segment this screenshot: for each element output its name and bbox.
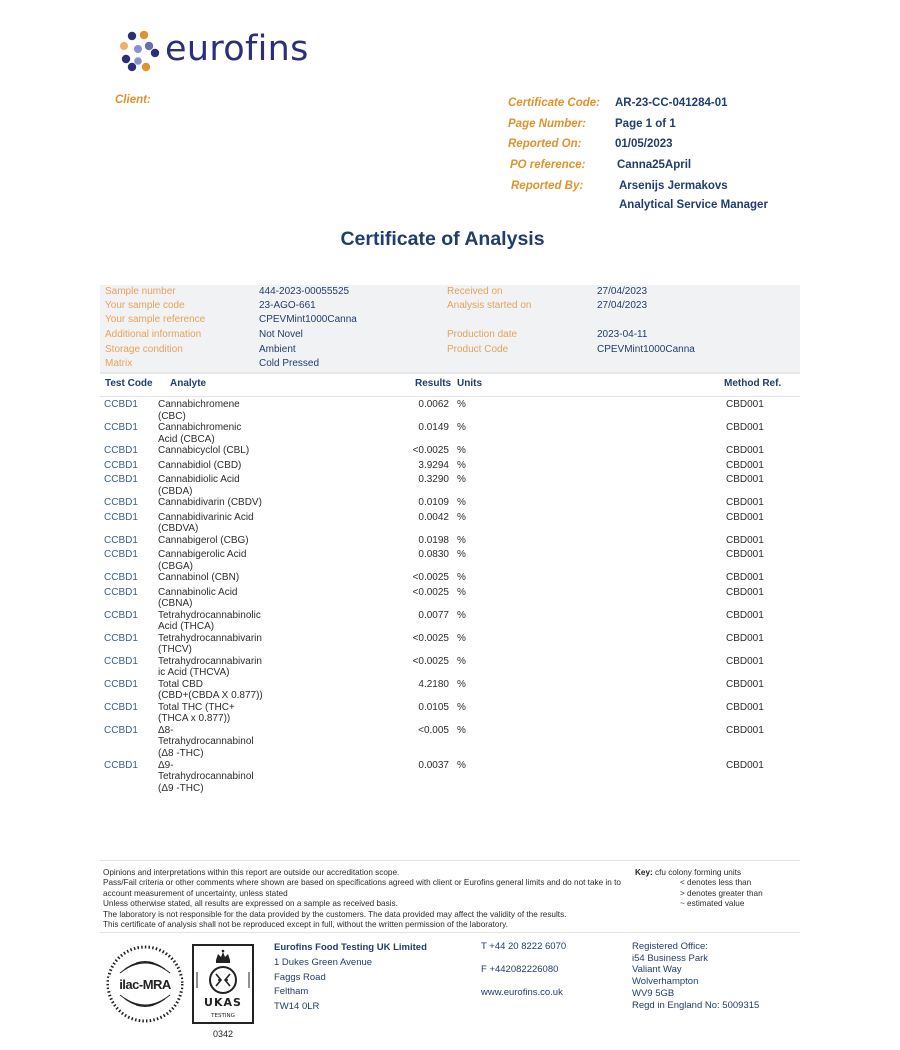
disclaimer-line: The laboratory is not responsible for th…: [103, 910, 628, 920]
ukas-crown-icon: UKAS TESTING: [194, 946, 252, 1022]
analyte-line: (CBC): [158, 411, 276, 423]
sample-info-label: Product Code: [447, 344, 508, 356]
po-reference: Canna25April: [615, 159, 691, 171]
analyte-name: Δ9-Tetrahydrocannabinol(Δ9 -THC): [158, 760, 276, 795]
sample-info-value: CPEVMint1000Canna: [597, 344, 695, 356]
table-row: CCBD1Cannabichromene(CBC)0.0062%CBD001: [100, 399, 800, 422]
table-row: CCBD1Δ9-Tetrahydrocannabinol(Δ9 -THC)0.0…: [100, 760, 800, 795]
result-value: 0.0077: [350, 610, 449, 622]
key-legend: Key: cfu colony forming units < denotes …: [635, 868, 763, 910]
table-row: CCBD1CannabichromenicAcid (CBCA)0.0149%C…: [100, 422, 800, 445]
analyte-name: Cannabigerolic Acid(CBGA): [158, 549, 276, 572]
test-code: CCBD1: [104, 587, 138, 599]
analyte-name: Cannabidiolic Acid(CBDA): [158, 474, 276, 497]
registered-office: Registered Office:i54 Business ParkValia…: [632, 941, 759, 1011]
test-code: CCBD1: [104, 549, 138, 561]
column-header-analyte: Analyte: [170, 378, 206, 389]
table-row: CCBD1TetrahydrocannabinolicAcid (THCA)0.…: [100, 610, 800, 633]
result-unit: %: [457, 702, 466, 714]
result-unit: %: [457, 512, 466, 524]
result-unit: %: [457, 656, 466, 668]
result-unit: %: [457, 610, 466, 622]
analyte-line: Cannabinolic Acid: [158, 587, 276, 599]
result-value: <0.0025: [350, 587, 449, 599]
analyte-line: ic Acid (THCVA): [158, 667, 276, 679]
result-value: 0.3290: [350, 474, 449, 486]
analyte-name: Total THC (THC+(THCA x 0.877)): [158, 702, 276, 725]
ilac-mra-icon: ilac-MRA: [106, 945, 184, 1023]
analyte-line: (CBGA): [158, 561, 276, 573]
analyte-line: (CBDA): [158, 486, 276, 498]
result-value: <0.0025: [350, 656, 449, 668]
reporter-title: Analytical Service Manager: [508, 199, 768, 211]
disclaimer-line: Unless otherwise stated, all results are…: [103, 899, 628, 909]
result-value: 0.0037: [350, 760, 449, 772]
analyte-line: Tetrahydrocannabinolic: [158, 610, 276, 622]
svg-text:ilac-MRA: ilac-MRA: [119, 977, 172, 992]
registered-office-line: Valiant Way: [632, 964, 759, 976]
analyte-name: Cannabinolic Acid(CBNA): [158, 587, 276, 610]
footer-divider: [100, 860, 800, 861]
page-title: Certificate of Analysis: [0, 228, 885, 251]
certificate-header: Certificate Code: AR-23-CC-041284-01 Pag…: [508, 93, 808, 213]
table-row: CCBD1Cannabidiol (CBD)3.9294%CBD001: [100, 460, 800, 475]
result-unit: %: [457, 474, 466, 486]
eurofins-dots-logo-icon: [118, 30, 160, 72]
result-value: 0.0149: [350, 422, 449, 434]
result-value: <0.0025: [350, 445, 449, 457]
field-label: Page Number:: [508, 118, 615, 130]
analyte-name: Tetrahydrocannabivarinic Acid (THCVA): [158, 656, 276, 679]
analyte-name: Cannabidivarin (CBDV): [158, 497, 276, 509]
result-unit: %: [457, 399, 466, 411]
table-row: CCBD1Cannabigerolic Acid(CBGA)0.0830%CBD…: [100, 549, 800, 572]
analyte-line: Cannabinol (CBN): [158, 572, 276, 584]
method-ref: CBD001: [726, 760, 764, 772]
result-value: <0.0025: [350, 633, 449, 645]
method-ref: CBD001: [726, 549, 764, 561]
analyte-line: Tetrahydrocannabivarin: [158, 633, 276, 645]
footer-divider: [100, 932, 800, 933]
registered-office-line: Regd in England No: 5009315: [632, 1000, 759, 1012]
sample-info-label: Sample number: [105, 286, 176, 298]
analyte-line: (CBDVA): [158, 523, 276, 535]
analyte-name: Cannabidivarinic Acid(CBDVA): [158, 512, 276, 535]
address-line: 1 Dukes Green Avenue: [274, 956, 427, 971]
result-value: 0.0830: [350, 549, 449, 561]
key-item: cfu colony forming units: [655, 868, 741, 877]
result-value: 4.2180: [350, 679, 449, 691]
analyte-line: Cannabichromene: [158, 399, 276, 411]
disclaimer-line: Pass/Fail criteria or other comments whe…: [103, 878, 628, 899]
certificate-code-row: Certificate Code: AR-23-CC-041284-01: [508, 93, 808, 114]
svg-text:UKAS: UKAS: [204, 996, 242, 1009]
analyte-line: Tetrahydrocannabivarin: [158, 656, 276, 668]
sample-info-label: Analysis started on: [447, 300, 532, 312]
sample-info-value: 27/04/2023: [597, 300, 647, 312]
analyte-name: Cannabinol (CBN): [158, 572, 276, 584]
table-row: CCBD1Cannabicyclol (CBL)<0.0025%CBD001: [100, 445, 800, 460]
test-code: CCBD1: [104, 422, 138, 434]
result-value: 0.0198: [350, 535, 449, 547]
result-value: 0.0105: [350, 702, 449, 714]
reporter-title-row: Analytical Service Manager: [508, 197, 808, 213]
sample-info-value: Not Novel: [259, 329, 303, 341]
results-table-body: CCBD1Cannabichromene(CBC)0.0062%CBD001CC…: [100, 399, 800, 795]
result-unit: %: [457, 725, 466, 737]
svg-text:TESTING: TESTING: [210, 1013, 235, 1019]
test-code: CCBD1: [104, 702, 138, 714]
analyte-name: TetrahydrocannabinolicAcid (THCA): [158, 610, 276, 633]
sample-info-value: 2023-04-11: [597, 329, 647, 341]
analyte-line: Δ9-: [158, 760, 276, 772]
key-item: < denotes less than: [680, 878, 763, 888]
result-value: 3.9294: [350, 460, 449, 472]
table-row: CCBD1Cannabinolic Acid(CBNA)<0.0025%CBD0…: [100, 587, 800, 610]
method-ref: CBD001: [726, 512, 764, 524]
address-line: Feltham: [274, 985, 427, 1000]
analyte-name: Cannabichromene(CBC): [158, 399, 276, 422]
result-unit: %: [457, 549, 466, 561]
analyte-name: Cannabicyclol (CBL): [158, 445, 276, 457]
result-value: 0.0042: [350, 512, 449, 524]
field-label: Reported On:: [508, 138, 615, 150]
method-ref: CBD001: [726, 474, 764, 486]
analyte-line: Cannabigerol (CBG): [158, 535, 276, 547]
column-header-test-code: Test Code: [105, 378, 153, 389]
sample-info-label: Your sample reference: [105, 314, 205, 326]
page-number-row: Page Number: Page 1 of 1: [508, 114, 808, 135]
result-unit: %: [457, 535, 466, 547]
registered-office-line: Registered Office:: [632, 941, 759, 953]
column-header-units: Units: [457, 378, 482, 389]
analyte-line: Tetrahydrocannabinol: [158, 736, 276, 748]
registered-office-line: Wolverhampton: [632, 976, 759, 988]
ilac-mra-logo: ilac-MRA: [106, 945, 184, 1023]
registered-office-line: WV9 5GB: [632, 988, 759, 1000]
result-value: 0.0109: [350, 497, 449, 509]
result-value: <0.0025: [350, 572, 449, 584]
sample-info-label: Matrix: [105, 358, 132, 370]
sample-info-label: Production date: [447, 329, 517, 341]
method-ref: CBD001: [726, 679, 764, 691]
table-row: CCBD1Cannabidivarinic Acid(CBDVA)0.0042%…: [100, 512, 800, 535]
analyte-line: Cannabicyclol (CBL): [158, 445, 276, 457]
analyte-line: Cannabidiolic Acid: [158, 474, 276, 486]
analyte-line: (CBD+(CBDA X 0.877)): [158, 690, 276, 702]
method-ref: CBD001: [726, 422, 764, 434]
test-code: CCBD1: [104, 399, 138, 411]
column-header-results: Results: [415, 378, 451, 389]
results-table-header: Test Code Analyte Results Units Method R…: [100, 376, 800, 397]
result-unit: %: [457, 587, 466, 599]
reporter-name: Arsenijs Jermakovs: [615, 180, 728, 192]
table-row: CCBD1Cannabidiolic Acid(CBDA)0.3290%CBD0…: [100, 474, 800, 497]
test-code: CCBD1: [104, 656, 138, 668]
sample-info-label: Your sample code: [105, 300, 185, 312]
disclaimer-line: This certificate of analysis shall not b…: [103, 920, 628, 930]
company-address: Eurofins Food Testing UK Limited 1 Dukes…: [274, 941, 427, 1015]
test-code: CCBD1: [104, 512, 138, 524]
registered-office-line: i54 Business Park: [632, 953, 759, 965]
method-ref: CBD001: [726, 460, 764, 472]
reported-by-row: Reported By: Arsenijs Jermakovs: [508, 176, 808, 197]
sample-info-value: 444-2023-00055525: [259, 286, 349, 298]
result-unit: %: [457, 422, 466, 434]
table-row: CCBD1Total CBD(CBD+(CBDA X 0.877))4.2180…: [100, 679, 800, 702]
analyte-line: Δ8-: [158, 725, 276, 737]
fax-number: F +442082226080: [481, 964, 558, 975]
method-ref: CBD001: [726, 656, 764, 668]
analyte-line: (CBNA): [158, 598, 276, 610]
result-unit: %: [457, 497, 466, 509]
test-code: CCBD1: [104, 725, 138, 737]
sample-info-label: Storage condition: [105, 344, 183, 356]
brand-name: eurofins: [165, 32, 309, 67]
method-ref: CBD001: [726, 572, 764, 584]
result-value: 0.0062: [350, 399, 449, 411]
test-code: CCBD1: [104, 610, 138, 622]
method-ref: CBD001: [726, 535, 764, 547]
analyte-line: Acid (THCA): [158, 621, 276, 633]
sample-info-label: Additional information: [105, 329, 201, 341]
company-name: Eurofins Food Testing UK Limited: [274, 941, 427, 956]
result-unit: %: [457, 572, 466, 584]
table-row: CCBD1Total THC (THC+(THCA x 0.877))0.010…: [100, 702, 800, 725]
address-line: TW14 0LR: [274, 1000, 427, 1015]
po-reference-row: PO reference: Canna25April: [508, 155, 808, 176]
disclaimer-notes: Opinions and interpretations within this…: [103, 868, 628, 930]
analyte-line: (THCV): [158, 644, 276, 656]
test-code: CCBD1: [104, 760, 138, 772]
table-row: CCBD1Cannabigerol (CBG)0.0198%CBD001: [100, 535, 800, 550]
analyte-line: Total THC (THC+: [158, 702, 276, 714]
page-number: Page 1 of 1: [615, 118, 676, 130]
analyte-line: Cannabidivarin (CBDV): [158, 497, 276, 509]
reported-on-date: 01/05/2023: [615, 138, 673, 150]
test-code: CCBD1: [104, 497, 138, 509]
sample-info-panel: Sample number444-2023-00055525Your sampl…: [100, 285, 800, 374]
analyte-name: Δ8-Tetrahydrocannabinol(Δ8 -THC): [158, 725, 276, 760]
field-label: Certificate Code:: [508, 97, 615, 109]
analyte-line: Total CBD: [158, 679, 276, 691]
test-code: CCBD1: [104, 445, 138, 457]
analyte-line: Tetrahydrocannabinol: [158, 771, 276, 783]
table-row: CCBD1Tetrahydrocannabivarin(THCV)<0.0025…: [100, 633, 800, 656]
certificate-code: AR-23-CC-041284-01: [615, 97, 728, 109]
analyte-line: Cannabidivarinic Acid: [158, 512, 276, 524]
column-header-method: Method Ref.: [724, 378, 781, 389]
method-ref: CBD001: [726, 610, 764, 622]
method-ref: CBD001: [726, 725, 764, 737]
result-unit: %: [457, 445, 466, 457]
analyte-line: Cannabigerolic Acid: [158, 549, 276, 561]
method-ref: CBD001: [726, 633, 764, 645]
key-item: > denotes greater than: [680, 889, 763, 899]
analyte-line: Cannabidiol (CBD): [158, 460, 276, 472]
sample-info-value: CPEVMint1000Canna: [259, 314, 357, 326]
method-ref: CBD001: [726, 399, 764, 411]
analyte-name: Cannabigerol (CBG): [158, 535, 276, 547]
test-code: CCBD1: [104, 474, 138, 486]
result-unit: %: [457, 679, 466, 691]
test-code: CCBD1: [104, 679, 138, 691]
result-unit: %: [457, 633, 466, 645]
sample-info-value: Ambient: [259, 344, 296, 356]
test-code: CCBD1: [104, 572, 138, 584]
method-ref: CBD001: [726, 702, 764, 714]
address-line: Faggs Road: [274, 971, 427, 986]
method-ref: CBD001: [726, 587, 764, 599]
table-row: CCBD1Δ8-Tetrahydrocannabinol(Δ8 -THC)<0.…: [100, 725, 800, 760]
sample-info-value: 23-AGO-661: [259, 300, 316, 312]
method-ref: CBD001: [726, 497, 764, 509]
table-row: CCBD1Cannabidivarin (CBDV)0.0109%CBD001: [100, 497, 800, 512]
analyte-name: Cannabidiol (CBD): [158, 460, 276, 472]
phone-number: T +44 20 8222 6070: [481, 941, 566, 952]
field-label: Reported By:: [508, 180, 615, 192]
analyte-line: Acid (CBCA): [158, 434, 276, 446]
test-code: CCBD1: [104, 535, 138, 547]
website-link[interactable]: www.eurofins.co.uk: [481, 987, 563, 998]
sample-info-value: Cold Pressed: [259, 358, 319, 370]
table-row: CCBD1Tetrahydrocannabivarinic Acid (THCV…: [100, 656, 800, 679]
sample-info-value: 27/04/2023: [597, 286, 647, 298]
sample-info-label: Received on: [447, 286, 503, 298]
analyte-name: Tetrahydrocannabivarin(THCV): [158, 633, 276, 656]
result-unit: %: [457, 760, 466, 772]
analyte-line: (Δ8 -THC): [158, 748, 276, 760]
analyte-line: (THCA x 0.877)): [158, 713, 276, 725]
method-ref: CBD001: [726, 445, 764, 457]
result-unit: %: [457, 460, 466, 472]
analyte-line: (Δ9 -THC): [158, 783, 276, 795]
field-label: PO reference:: [508, 159, 615, 171]
analyte-name: Total CBD(CBD+(CBDA X 0.877)): [158, 679, 276, 702]
disclaimer-line: Opinions and interpretations within this…: [103, 868, 628, 878]
reported-on-row: Reported On: 01/05/2023: [508, 134, 808, 155]
ukas-logo: UKAS TESTING: [192, 944, 254, 1024]
analyte-line: Cannabichromenic: [158, 422, 276, 434]
key-item: ~ estimated value: [680, 899, 763, 909]
table-row: CCBD1Cannabinol (CBN)<0.0025%CBD001: [100, 572, 800, 587]
result-value: <0.005: [350, 725, 449, 737]
eurofins-logo: eurofins: [118, 30, 309, 72]
test-code: CCBD1: [104, 460, 138, 472]
test-code: CCBD1: [104, 633, 138, 645]
key-label: Key:: [635, 868, 653, 877]
analyte-name: CannabichromenicAcid (CBCA): [158, 422, 276, 445]
client-label: Client:: [115, 94, 151, 106]
ukas-number: 0342: [192, 1029, 254, 1039]
